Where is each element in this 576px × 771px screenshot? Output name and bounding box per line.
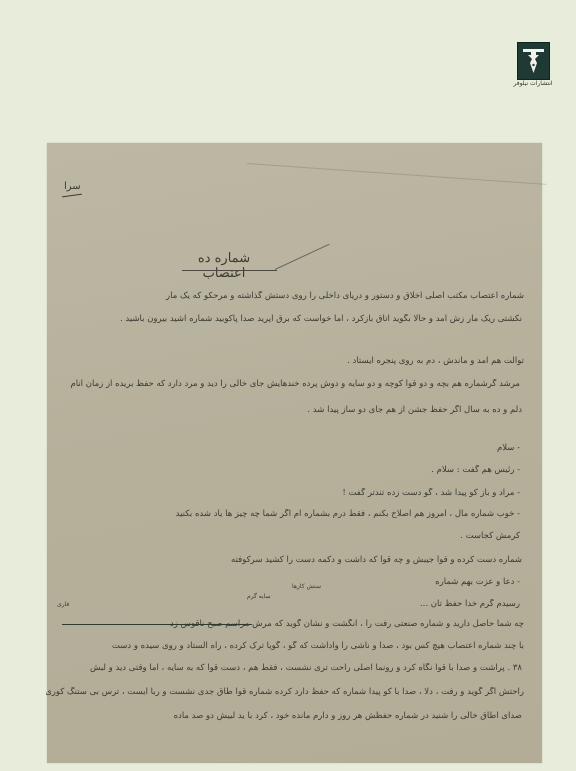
text-line: با چند شماره اعتصاب هیچ کس بود ، صدا و ن… — [46, 641, 524, 651]
text-line: راحتش اگر گوید و رفت ، دلا ، صدا با کو پ… — [46, 687, 524, 697]
margin-note: ستش کارها — [292, 583, 321, 590]
paper-crease — [247, 163, 546, 185]
text-line: - رئیس هم گفت : سلام . — [390, 465, 520, 475]
manuscript-page: سرا شماره ده اعتصاب شماره اعتصاب مکتب اص… — [47, 143, 542, 763]
text-line: - مراد و باز کو پیدا شد ، گو دست زده تند… — [330, 488, 520, 498]
text-line: - سلام — [460, 443, 520, 453]
publisher-name: انتشارات نیلوفر — [503, 80, 563, 87]
title-underline — [182, 270, 277, 271]
text-line: مرشد گرشماره هم بچه و دو قوا کوچه و دو س… — [50, 379, 520, 389]
text-line: - دعا و عزت بهم شماره — [390, 577, 520, 587]
text-line: توالت هم آمد و ماندش ، دم به روی پنجره ا… — [284, 356, 524, 366]
text-line: دلم و ده به سال اگر حفظ جشن از هم جای دو… — [242, 405, 522, 415]
pen-nib-icon — [518, 43, 549, 79]
text-line: کرمش کجاست . — [445, 531, 520, 541]
text-line: شماره اعتصاب مکتب اصلی اخلاق و دستور و د… — [49, 291, 524, 301]
publisher-logo — [517, 42, 550, 80]
text-line: - خوب شماره مال ، امروز هم اصلاح بکنم ، … — [50, 509, 520, 519]
text-line: شماره دست کرده و قوا جیبش و چه قوا که دا… — [222, 555, 522, 565]
text-line: رسیدم گرم خدا حفظ تان ... — [340, 599, 520, 609]
margin-note: قاری — [57, 601, 69, 608]
title-flourish — [275, 244, 330, 270]
text-line: صدای اطاق خالی را شنید در شماره حفظش هر … — [172, 711, 522, 721]
strikethrough — [62, 624, 252, 625]
page-number-underline — [62, 194, 82, 198]
margin-note: سایه گرم — [247, 593, 271, 600]
text-line: ۳۸ . پراشت و صدا با قوا نگاه کرد و رونما… — [62, 663, 522, 673]
text-line: نکشتی ریک مار زش آمد و حالا بگوید اتاق ب… — [77, 314, 522, 324]
page-number: سرا — [64, 181, 81, 192]
manuscript-title: شماره ده اعتصاب — [184, 251, 264, 281]
